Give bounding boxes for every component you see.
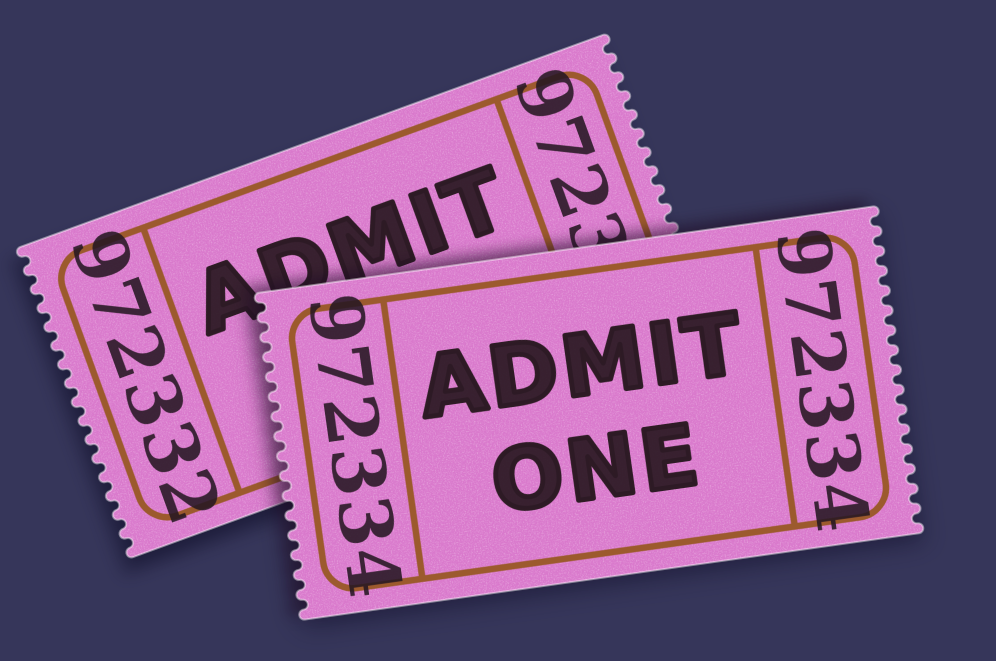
tickets-photo: 972332 972332 ADMIT ONE 972334 972334 AD… <box>0 0 996 661</box>
tickets-photo-scene: 972332 972332 ADMIT ONE 972334 972334 AD… <box>0 0 996 661</box>
